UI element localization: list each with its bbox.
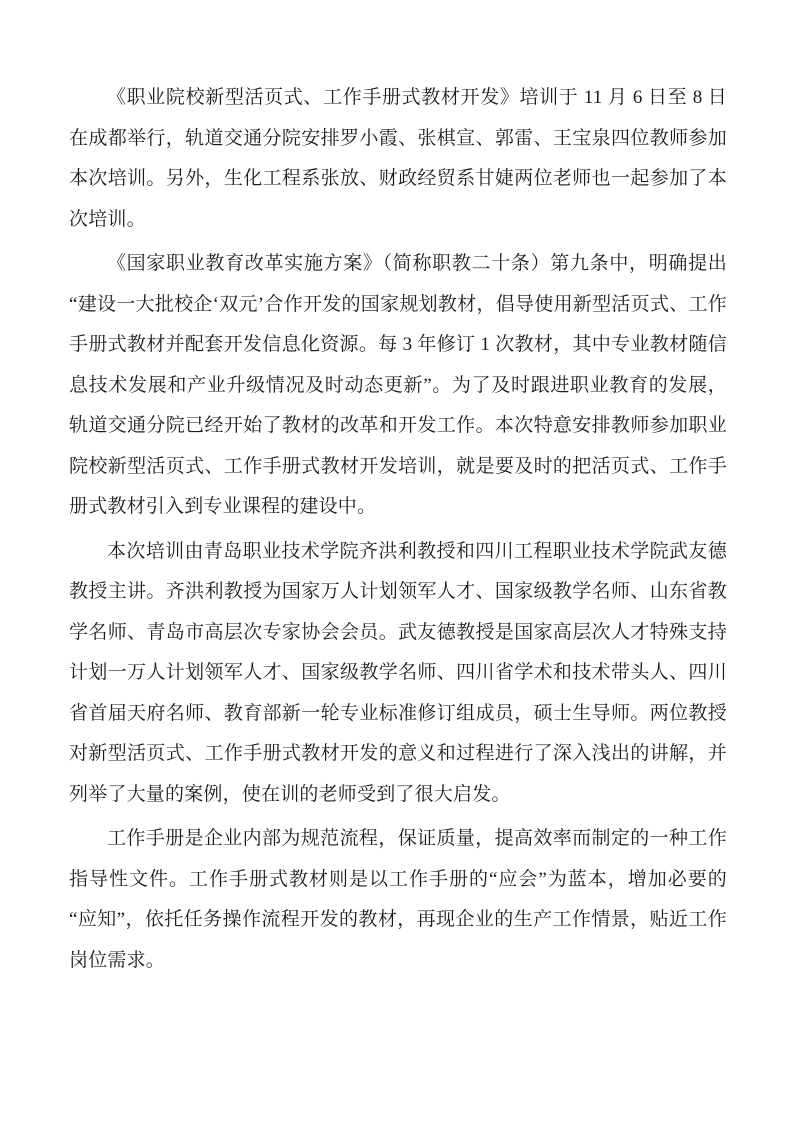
- document-page: 《职业院校新型活页式、工作手册式教材开发》培训于 11 月 6 日至 8 日在成…: [0, 0, 793, 1122]
- paragraph-training-overview: 《职业院校新型活页式、工作手册式教材开发》培训于 11 月 6 日至 8 日在成…: [69, 78, 727, 240]
- paragraph-policy-background: 《国家职业教育改革实施方案》（简称职教二十条）第九条中，明确提出“建设一大批校企…: [69, 244, 727, 528]
- document-body: 《职业院校新型活页式、工作手册式教材开发》培训于 11 月 6 日至 8 日在成…: [69, 78, 727, 981]
- paragraph-lecturers: 本次培训由青岛职业技术学院齐洪利教授和四川工程职业技术学院武友德教授主讲。齐洪利…: [69, 532, 727, 816]
- paragraph-handbook-definition: 工作手册是企业内部为规范流程，保证质量，提高效率而制定的一种工作指导性文件。工作…: [69, 819, 727, 981]
